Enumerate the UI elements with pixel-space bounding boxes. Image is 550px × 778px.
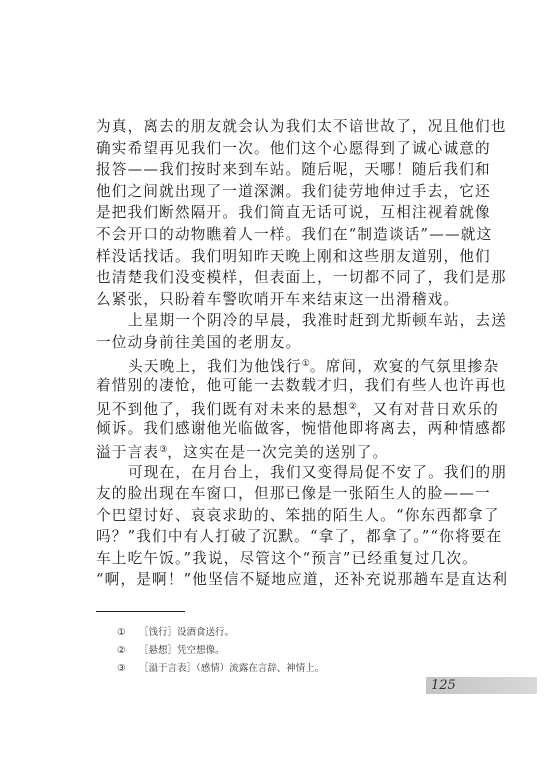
text-line: 不会开口的动物瞧着人一样。我们在“制造谈话”——就这: [96, 224, 456, 246]
text-line: 他们之间就出现了一道深渊。我们徒劳地伸过手去，它还: [96, 181, 456, 203]
paragraph-start: 头天晚上，我们为他饯行①。席间，欢宴的气氛里掺杂: [96, 354, 456, 376]
text-line: 见不到他了，我们既有对未来的悬想②，又有对昔日欢乐的: [96, 397, 456, 419]
text-segment: 见不到他了，我们既有对未来的悬想: [96, 401, 349, 418]
text-line: 么紧张，只盼着车警吹哨开车来结束这一出滑稽戏。: [96, 289, 456, 311]
page-number-bar: 125: [426, 677, 537, 694]
text-segment: 。席间，欢宴的气氛里掺杂: [310, 358, 500, 375]
footnote-1: ①［饯行］设酒食送行。: [117, 624, 324, 642]
footnote-divider: [96, 611, 185, 612]
text-line: 吗？”我们中有人打破了沉默。“拿了，都拿了。”“你将要在: [96, 526, 456, 548]
text-line: 是把我们断然隔开。我们简直无话可说，互相注视着就像: [96, 202, 456, 224]
paragraph-start: 可现在，在月台上，我们又变得局促不安了。我们的朋: [96, 462, 456, 484]
text-line: 样没话找话。我们明知昨天晚上刚和这些朋友道别，他们: [96, 246, 456, 268]
footnote-number: ①: [117, 624, 139, 642]
text-line: 确实希望再见我们一次。他们这个心愿得到了诚心诚意的: [96, 138, 456, 160]
footnote-number: ③: [117, 660, 139, 678]
footnote-text: ［悬想］凭空想像。: [139, 645, 225, 656]
text-line: 车上吃午饭。”我说，尽管这个“预言”已经重复过几次。: [96, 548, 456, 570]
text-line: 溢于言表③，这实在是一次完美的送别了。: [96, 440, 456, 462]
text-segment: ，又有对昔日欢乐的: [357, 401, 499, 418]
body-text: 为真，离去的朋友就会认为我们太不谙世故了，况且他们也 确实希望再见我们一次。他们…: [96, 116, 456, 591]
text-line: 报答——我们按时来到车站。随后呢，天哪！随后我们和: [96, 159, 456, 181]
text-line: 友的脸出现在车窗口，但那已像是一张陌生人的脸——一: [96, 483, 456, 505]
text-line: 倾诉。我们感谢他光临做客，惋惜他即将离去，两种情感都: [96, 418, 456, 440]
text-line: 着惜别的凄怆，他可能一去数载才归，我们有些人也许再也: [96, 375, 456, 397]
text-line: 也清楚我们没变模样，但表面上，一切都不同了，我们是那: [96, 267, 456, 289]
paragraph-start: 上星期一个阴冷的早晨，我准时赶到尤斯顿车站，去送: [96, 310, 456, 332]
text-segment: 溢于言表: [96, 444, 159, 461]
book-page: 为真，离去的朋友就会认为我们太不谙世故了，况且他们也 确实希望再见我们一次。他们…: [0, 0, 550, 778]
footnote-text: ［溢于言表］（感情）流露在言辞、神情上。: [139, 663, 324, 674]
text-segment: ，这实在是一次完美的送别了。: [167, 444, 388, 461]
footnote-2: ②［悬想］凭空想像。: [117, 642, 324, 660]
text-line: 个巴望讨好、哀哀求助的、笨拙的陌生人。“你东西都拿了: [96, 505, 456, 527]
text-line: 一位动身前往美国的老朋友。: [96, 332, 456, 354]
footnote-text: ［饯行］设酒食送行。: [139, 627, 234, 638]
footnote-number: ②: [117, 642, 139, 660]
text-segment: 头天晚上，我们为他饯行: [128, 358, 302, 375]
footnote-marker-1[interactable]: ①: [302, 359, 310, 369]
footnotes: ①［饯行］设酒食送行。 ②［悬想］凭空想像。 ③［溢于言表］（感情）流露在言辞、…: [117, 624, 324, 678]
text-line: “啊，是啊！”他坚信不疑地应道，还补充说那趟车是直达利: [96, 569, 456, 591]
page-number: 125: [431, 678, 456, 693]
footnote-marker-2[interactable]: ②: [349, 402, 357, 412]
text-line: 为真，离去的朋友就会认为我们太不谙世故了，况且他们也: [96, 116, 456, 138]
footnote-3: ③［溢于言表］（感情）流露在言辞、神情上。: [117, 660, 324, 678]
